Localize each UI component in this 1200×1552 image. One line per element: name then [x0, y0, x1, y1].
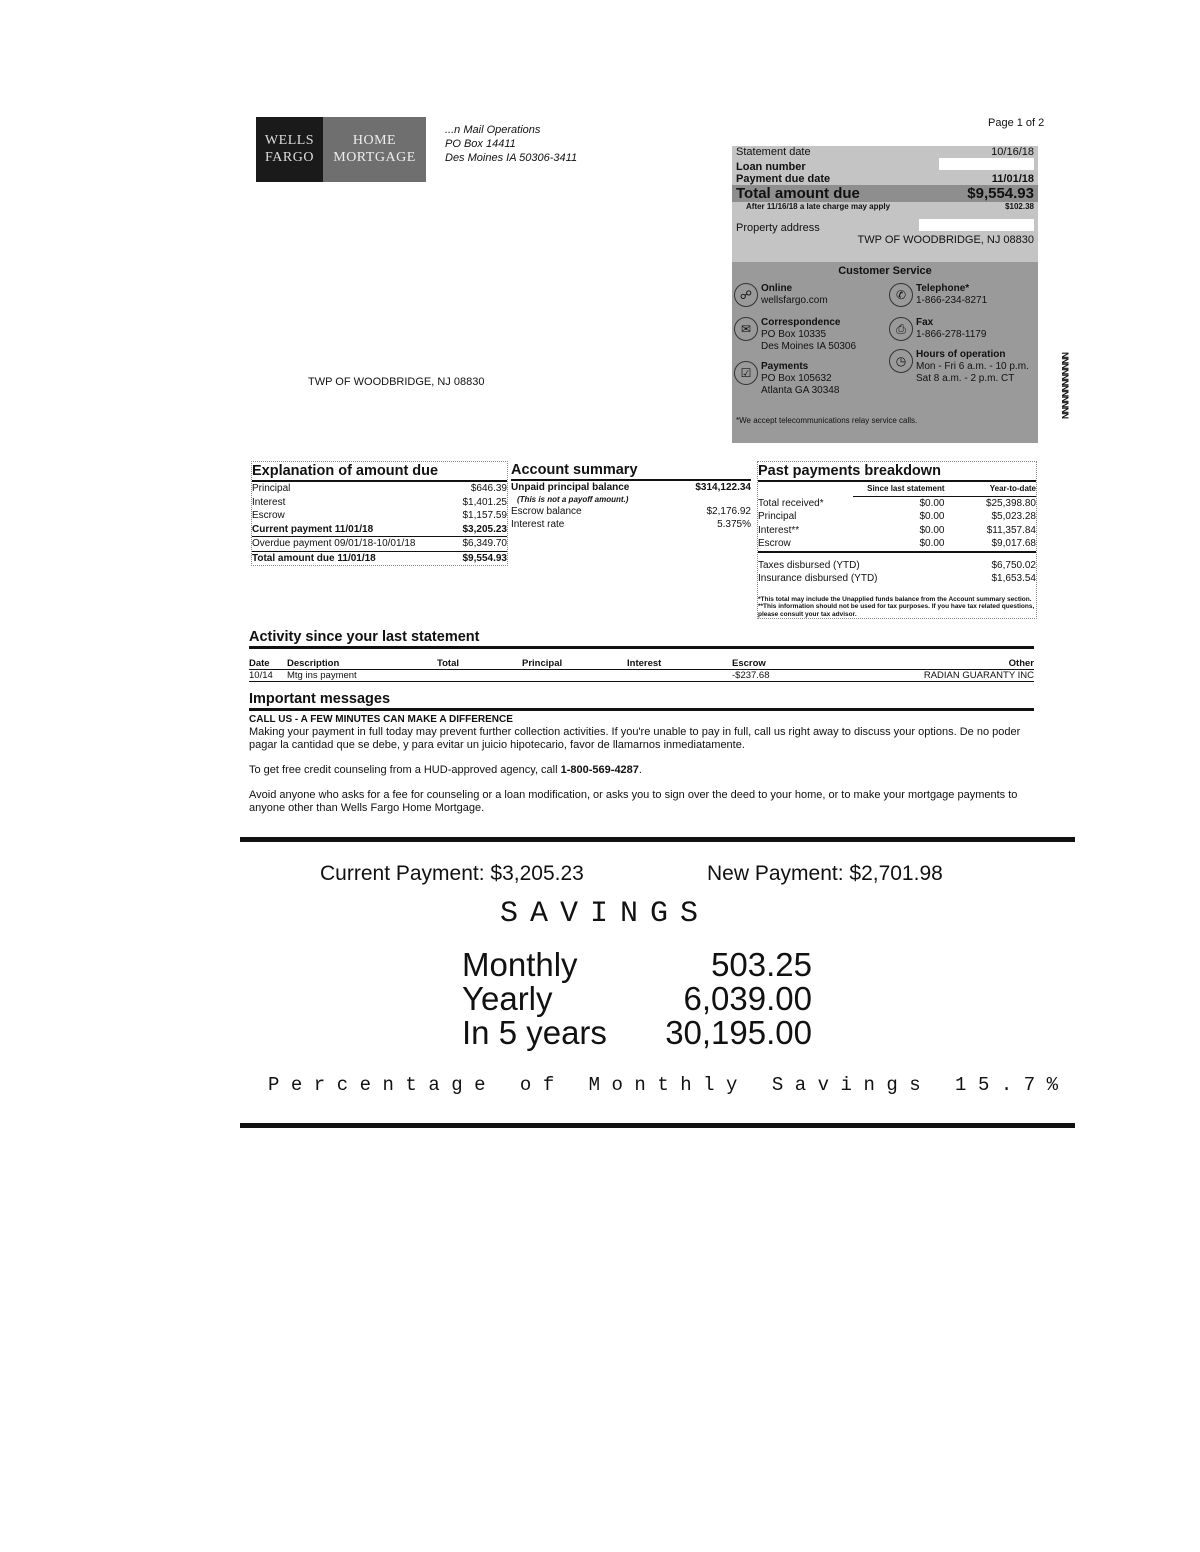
row-label: Interest	[252, 496, 285, 510]
cs-payments: ☑ PaymentsPO Box 105632Atlanta GA 30348	[734, 361, 839, 397]
cs-fax-number: 1-866-278-1179	[916, 329, 986, 341]
row-value: $646.39	[471, 482, 507, 496]
footnote: *This total may include the Unapplied fu…	[758, 596, 1036, 604]
message-paragraph: To get free credit counseling from a HUD…	[249, 764, 1034, 777]
section-title: Past payments breakdown	[758, 462, 1036, 482]
side-marks: NNNNNNNNNNNN	[1060, 352, 1070, 418]
savings-label: In 5 years	[462, 1016, 607, 1050]
property-address-redacted	[919, 219, 1034, 231]
important-messages: Important messages CALL US - A FEW MINUT…	[249, 690, 1034, 827]
fax-icon: ⎙	[889, 317, 913, 341]
divider	[240, 837, 1075, 842]
late-charge-label: After 11/16/18 a late charge may apply	[746, 202, 890, 211]
explanation-of-amount-due: Explanation of amount due Principal$646.…	[251, 461, 508, 566]
cs-payments-line: Atlanta GA 30348	[761, 385, 839, 397]
cs-payments-line: PO Box 105632	[761, 373, 839, 385]
table-row: Escrow$0.00$9,017.68	[758, 537, 1036, 553]
cs-online-url: wellsfargo.com	[761, 295, 828, 307]
cs-fax-title: Fax	[916, 317, 986, 329]
cs-payments-title: Payments	[761, 361, 839, 373]
row-label: Escrow	[252, 509, 285, 523]
logo-text: MORTGAGE	[323, 149, 426, 166]
return-address-line: Des Moines IA 50306-3411	[445, 151, 577, 165]
section-title: Explanation of amount due	[252, 462, 507, 482]
insurance-disbursed-label: Insurance disbursed (YTD)	[758, 572, 878, 586]
checkbox-icon: ☑	[734, 361, 758, 385]
insurance-disbursed-value: $1,653.54	[992, 572, 1037, 586]
table-cell: 10/14	[249, 670, 287, 682]
column-header: Date	[249, 658, 287, 670]
clock-icon: ◷	[889, 349, 913, 373]
loan-number-redacted	[939, 158, 1034, 170]
table-cell	[627, 670, 732, 682]
phone-icon: ✆	[889, 283, 913, 307]
column-header: Other	[822, 658, 1034, 670]
statement-date-label: Statement date	[736, 146, 811, 158]
table-cell: Mtg ins payment	[287, 670, 437, 682]
row-label: Escrow	[758, 537, 853, 551]
row-value: $0.00	[853, 510, 945, 524]
table-row: Total amount due 11/01/18$9,554.93	[252, 552, 507, 566]
logo-text: WELLS	[256, 132, 323, 149]
return-address-line: ...n Mail Operations	[445, 123, 577, 137]
activity-table: Date Description Total Principal Interes…	[249, 658, 1034, 682]
hud-phone: 1-800-569-4287	[561, 764, 639, 776]
savings-value: 503.25	[711, 948, 812, 982]
savings-title: SAVINGS	[500, 897, 710, 931]
row-value: $25,398.80	[945, 497, 1037, 511]
logo-text: HOME	[323, 132, 426, 149]
payment-due-date-label: Payment due date	[736, 173, 830, 185]
table-row: Principal$646.39	[252, 482, 507, 496]
total-due: $9,554.93	[967, 185, 1034, 202]
cs-fax: ⎙ Fax1-866-278-1179	[889, 317, 986, 341]
row-value: $0.00	[853, 537, 945, 551]
row-label: Overdue payment 09/01/18-10/01/18	[252, 537, 415, 551]
cs-hours-title: Hours of operation	[916, 349, 1029, 361]
message-text: To get free credit counseling from a HUD…	[249, 764, 561, 776]
savings-label: Monthly	[462, 948, 578, 982]
row-value: $5,023.28	[945, 510, 1037, 524]
cs-hours-line: Sat 8 a.m. - 2 p.m. CT	[916, 373, 1029, 385]
taxes-disbursed-label: Taxes disbursed (YTD)	[758, 559, 860, 573]
column-header: Interest	[627, 658, 732, 670]
divider	[240, 1123, 1075, 1128]
payment-due-date: 11/01/18	[992, 173, 1034, 185]
current-payment: Current Payment: $3,205.23	[320, 862, 584, 886]
row-value: $9,017.68	[945, 537, 1037, 551]
cs-relay-note: *We accept telecommunications relay serv…	[736, 416, 917, 425]
table-cell: -$237.68	[732, 670, 822, 682]
wells-fargo-logo: WELLSFARGO HOMEMORTGAGE	[256, 117, 426, 182]
row-value: $1,401.25	[463, 496, 508, 510]
row-value: $6,349.70	[463, 537, 508, 551]
section-title: Activity since your last statement	[249, 628, 1034, 649]
late-charge: $102.38	[1005, 202, 1034, 211]
column-header: Escrow	[732, 658, 822, 670]
cs-online-title: Online	[761, 283, 828, 295]
loan-number-label: Loan number	[736, 161, 806, 173]
table-row: Escrow$1,157.59	[252, 509, 507, 523]
row-label: Interest**	[758, 524, 853, 538]
payoff-note: (This is not a payoff amount.)	[511, 495, 751, 505]
table-row: Overdue payment 09/01/18-10/01/18$6,349.…	[252, 536, 507, 552]
savings-table: Monthly503.25 Yearly6,039.00 In 5 years3…	[462, 948, 812, 1050]
cs-telephone-number: 1-866-234-8271	[916, 295, 987, 307]
unpaid-principal-value: $314,122.34	[695, 481, 751, 495]
row-value: $1,157.59	[463, 509, 508, 523]
column-header: Principal	[522, 658, 627, 670]
cs-online: ☍ Onlinewellsfargo.com	[734, 283, 828, 307]
table-row: Interest$1,401.25	[252, 496, 507, 510]
message-paragraph: Making your payment in full today may pr…	[249, 726, 1034, 752]
unpaid-principal-label: Unpaid principal balance	[511, 481, 629, 495]
customer-service-title: Customer Service	[732, 265, 1038, 277]
savings-value: 6,039.00	[684, 982, 812, 1016]
taxes-disbursed-value: $6,750.02	[992, 559, 1037, 573]
row-value: $9,554.93	[463, 552, 508, 566]
section-title: Important messages	[249, 690, 1034, 711]
row-value: $0.00	[853, 497, 945, 511]
column-header: Total	[437, 658, 522, 670]
interest-rate-value: 5.375%	[717, 518, 751, 532]
row-label: Total amount due 11/01/18	[252, 552, 376, 566]
cs-correspondence-line: Des Moines IA 50306	[761, 341, 856, 353]
savings-value: 30,195.00	[665, 1016, 812, 1050]
return-address: ...n Mail Operations PO Box 14411 Des Mo…	[445, 123, 577, 165]
cs-correspondence: ✉ CorrespondencePO Box 10335Des Moines I…	[734, 317, 856, 353]
row-value: $3,205.23	[463, 523, 508, 537]
logo-text: FARGO	[256, 149, 323, 166]
cs-hours: ◷ Hours of operationMon - Fri 6 a.m. - 1…	[889, 349, 1029, 385]
savings-percentage: Percentage of Monthly Savings 15.7%	[268, 1074, 1070, 1096]
table-row: Current payment 11/01/18$3,205.23	[252, 523, 507, 537]
table-cell: RADIAN GUARANTY INC	[822, 670, 1034, 682]
cs-hours-line: Mon - Fri 6 a.m. - 10 p.m.	[916, 361, 1029, 373]
savings-label: Yearly	[462, 982, 553, 1016]
statement-summary-box: Statement date10/16/18 Loan number Payme…	[732, 146, 1038, 443]
footnote: **This information should not be used fo…	[758, 603, 1036, 618]
table-row: Interest**$0.00$11,357.84	[758, 524, 1036, 538]
table-row: Total received*$0.00$25,398.80	[758, 497, 1036, 511]
row-label: Total received*	[758, 497, 853, 511]
cs-telephone-title: Telephone*	[916, 283, 987, 295]
past-payments-breakdown: Past payments breakdown Since last state…	[757, 461, 1037, 619]
message-heading: CALL US - A FEW MINUTES CAN MAKE A DIFFE…	[249, 713, 1034, 726]
row-label: Principal	[758, 510, 853, 524]
statement-date: 10/16/18	[991, 146, 1034, 158]
column-header: Year-to-date	[945, 482, 1037, 496]
new-payment: New Payment: $2,701.98	[707, 862, 943, 886]
account-summary: Account summary Unpaid principal balance…	[511, 461, 751, 532]
mouse-icon: ☍	[734, 283, 758, 307]
table-row: Principal$0.00$5,023.28	[758, 510, 1036, 524]
property-address-label: Property address	[736, 222, 820, 234]
page-number: Page 1 of 2	[988, 117, 1044, 129]
row-value: $0.00	[853, 524, 945, 538]
column-header: Description	[287, 658, 437, 670]
escrow-balance-value: $2,176.92	[707, 505, 752, 519]
cs-correspondence-line: PO Box 10335	[761, 329, 856, 341]
mailing-address: TWP OF WOODBRIDGE, NJ 08830	[308, 376, 484, 388]
row-label: Current payment 11/01/18	[252, 523, 373, 537]
row-value: $11,357.84	[945, 524, 1037, 538]
row-label: Principal	[252, 482, 290, 496]
table-cell	[437, 670, 522, 682]
column-header: Since last statement	[853, 482, 945, 496]
cs-correspondence-title: Correspondence	[761, 317, 856, 329]
return-address-line: PO Box 14411	[445, 137, 577, 151]
cs-telephone: ✆ Telephone*1-866-234-8271	[889, 283, 987, 307]
section-title: Account summary	[511, 461, 751, 481]
envelope-icon: ✉	[734, 317, 758, 341]
escrow-balance-label: Escrow balance	[511, 505, 582, 519]
total-due-label: Total amount due	[736, 185, 860, 202]
message-paragraph: Avoid anyone who asks for a fee for coun…	[249, 789, 1034, 815]
property-address: TWP OF WOODBRIDGE, NJ 08830	[736, 234, 1034, 246]
activity-section: Activity since your last statement Date …	[249, 628, 1034, 682]
message-text: .	[639, 764, 642, 776]
interest-rate-label: Interest rate	[511, 518, 564, 532]
table-cell	[522, 670, 627, 682]
